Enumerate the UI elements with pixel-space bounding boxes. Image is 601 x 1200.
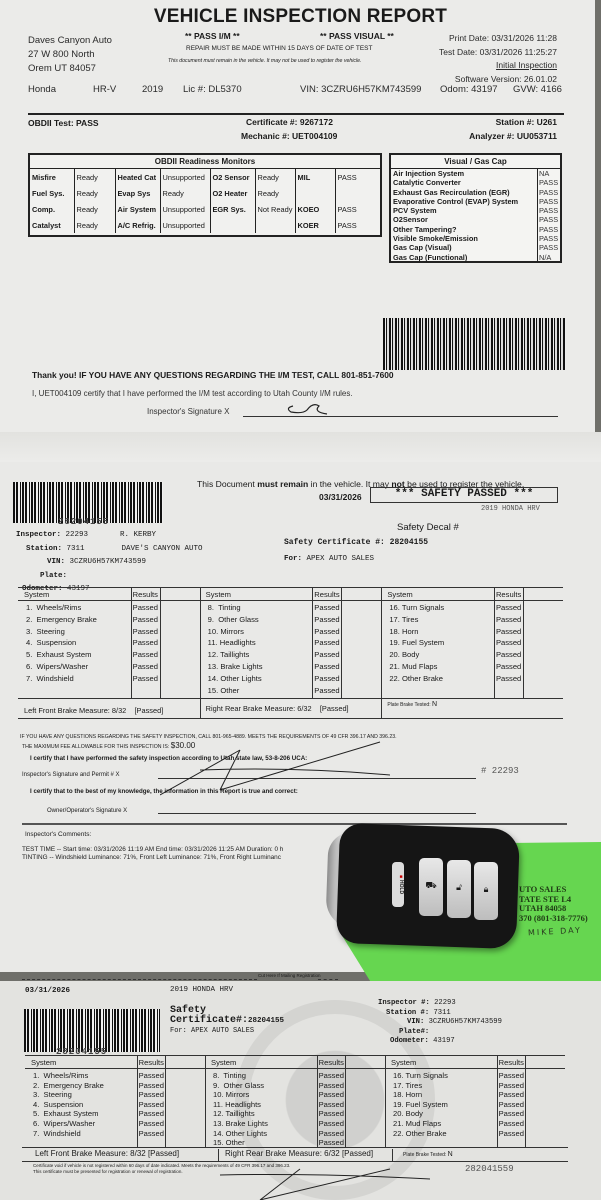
obd-monitor-status: Unsupported: [160, 201, 210, 217]
obd-monitor-name: [210, 217, 255, 233]
stub-systems-table: SystemResults1. Wheels/RimsPassed2. Emer…: [25, 1055, 565, 1148]
visual-check-result: N/A: [537, 253, 560, 262]
safety-passed-status: *** SAFETY PASSED ***: [370, 487, 558, 503]
visual-check-result: PASS: [537, 215, 560, 224]
stub-date: 03/31/2026: [25, 987, 70, 995]
obd-monitor-status: Unsupported: [160, 217, 210, 233]
for-label: For:: [284, 555, 302, 563]
obd-monitor-status: Ready: [74, 217, 115, 233]
repair-notice: REPAIR MUST BE MADE WITHIN 15 DAYS OF DA…: [186, 45, 372, 52]
divider: [218, 1149, 219, 1161]
plate-brake-label: Plate Brake Tested:: [387, 702, 430, 708]
system-result: Passed: [499, 1071, 524, 1080]
obdii-test-result: OBDII Test: PASS: [28, 118, 99, 128]
system-item: 20. Body: [389, 650, 419, 659]
stub-right-rear-brake: Right Rear Brake Measure: 6/32 [Passed]: [225, 1149, 373, 1158]
left-front-brake-measure: Left Front Brake Measure: 8/32 [Passed]: [24, 706, 163, 715]
obd-monitor-status: Not Ready: [255, 201, 295, 217]
im-certify-statement: I, UET004109 certify that I have perform…: [32, 389, 353, 398]
visual-check-row: Catalytic ConverterPASS: [391, 178, 560, 187]
system-result: Passed: [319, 1138, 344, 1147]
divider: [131, 587, 132, 698]
inspector-signature-permit-label: Inspector's Signature and Permit # X: [22, 772, 120, 778]
obdii-monitors-table: MisfireReadyHeated CatUnsupportedO2 Sens…: [30, 169, 380, 233]
system-result: Passed: [314, 662, 339, 671]
divider: [341, 587, 342, 698]
safety-decal-label: Safety Decal #: [397, 522, 459, 533]
obd-monitor-name: Fuel Sys.: [30, 185, 74, 201]
signature-scribble-icon: [200, 1165, 430, 1200]
visual-check-result: NA: [537, 169, 560, 178]
vehicle-gvw: GVW: 4166: [513, 84, 562, 95]
system-item: 4. Suspension: [33, 1100, 83, 1109]
plate-brake-tested: Plate Brake Tested: N: [387, 701, 437, 708]
system-result: Passed: [133, 674, 158, 683]
column-header-results: Results: [133, 590, 158, 599]
system-item: 6. Wipers/Washer: [26, 662, 88, 671]
key-fob-trunk-button: ⛟: [419, 858, 443, 916]
visual-check-result: PASS: [537, 243, 560, 252]
column-header-system: System: [211, 1058, 236, 1067]
inspection-type: Initial Inspection: [439, 59, 557, 73]
system-item: 20. Body: [393, 1109, 423, 1118]
system-item: 17. Tires: [389, 615, 418, 624]
safety-certificate: Safety Certificate #: 28204155: [284, 538, 428, 547]
obd-monitor-status: [335, 185, 380, 201]
right-rear-brake-measure: Right Rear Brake Measure: 6/32 [Passed]: [206, 704, 349, 713]
system-result: Passed: [496, 638, 521, 647]
obd-monitor-name: KOEO: [295, 201, 335, 217]
system-result: Passed: [314, 615, 339, 624]
inspector-label: Inspector:: [16, 531, 61, 539]
system-item: 16. Turn Signals: [389, 603, 444, 612]
system-result: Passed: [139, 1129, 164, 1138]
system-item: 13. Brake Lights: [213, 1119, 268, 1128]
divider: [18, 718, 563, 719]
divider: [497, 1055, 498, 1147]
owner-certify-statement: I certify that to the best of my knowled…: [30, 788, 298, 795]
system-result: Passed: [314, 674, 339, 683]
obd-monitor-name: KOER: [295, 217, 335, 233]
plate-brake-value: N: [448, 1151, 453, 1158]
visual-check-result: PASS: [537, 225, 560, 234]
visual-check-row: Gas Cap (Functional)N/A: [391, 253, 560, 262]
obd-monitor-name: O2 Heater: [210, 185, 255, 201]
system-item: 14. Other Lights: [208, 674, 262, 683]
for-value: APEX AUTO SALES: [307, 555, 375, 563]
obd-monitor-status: Unsupported: [160, 169, 210, 185]
divider: [160, 587, 161, 698]
system-item: 15. Other: [213, 1138, 245, 1147]
column-header-results: Results: [319, 1058, 344, 1067]
stub-left-front-brake: Left Front Brake Measure: 8/32 [Passed]: [35, 1149, 179, 1158]
system-item: 19. Fuel System: [393, 1100, 448, 1109]
system-item: 8. Tinting: [213, 1071, 246, 1080]
divider: [28, 113, 564, 115]
system-item: 4. Suspension: [26, 638, 76, 647]
system-result: Passed: [314, 650, 339, 659]
mechanic-number: Mechanic #: UET004109: [241, 131, 337, 141]
stub-vin-label: VIN:: [407, 1018, 424, 1026]
obd-monitor-status: Ready: [255, 169, 295, 185]
system-result: Passed: [314, 686, 339, 695]
vehicle-inspection-report: VEHICLE INSPECTION REPORT Daves Canyon A…: [0, 0, 595, 432]
visual-check-name: Exhaust Gas Recirculation (EGR): [391, 188, 537, 197]
cut-line: [318, 979, 338, 980]
system-item: 22. Other Brake: [389, 674, 443, 683]
obd-monitor-status: Ready: [74, 185, 115, 201]
system-item: 12. Taillights: [208, 650, 250, 659]
visual-check-name: Catalytic Converter: [391, 178, 537, 187]
remain-notice: This document must remain in the vehicle…: [168, 58, 361, 64]
system-result: Passed: [496, 674, 521, 683]
system-result: Passed: [133, 650, 158, 659]
system-result: Passed: [319, 1071, 344, 1080]
stub-inspector-label: Inspector #:: [378, 999, 430, 1007]
divider: [494, 587, 495, 698]
vehicle-odometer: Odom: 43197: [440, 84, 498, 95]
divider: [317, 1055, 318, 1147]
cut-line: [22, 979, 257, 980]
divider: [525, 1055, 526, 1147]
safety-for: For: APEX AUTO SALES: [284, 555, 374, 563]
trunk-icon: ⛟: [419, 880, 443, 892]
system-result: Passed: [499, 1129, 524, 1138]
max-fee-label: THE MAXIMUM FEE ALLOWABLE FOR THIS INSPE…: [22, 744, 169, 750]
column-header-system: System: [391, 1058, 416, 1067]
system-item: 19. Fuel System: [389, 638, 444, 647]
system-result: Passed: [133, 627, 158, 636]
vehicle-year: 2019: [142, 84, 163, 95]
obd-monitor-name: A/C Refrig.: [115, 217, 160, 233]
obd-monitor-name: [295, 185, 335, 201]
obd-row: CatalystReadyA/C Refrig.UnsupportedKOERP…: [30, 217, 380, 233]
system-result: Passed: [139, 1109, 164, 1118]
divider: [165, 1055, 166, 1147]
system-item: 10. Mirrors: [213, 1090, 249, 1099]
column-header-results: Results: [314, 590, 339, 599]
safety-vehicle: 2019 HONDA HRV: [481, 505, 540, 513]
owner-signature-line[interactable]: [158, 806, 476, 814]
stub-vin: 3CZRU6H57KM743599: [429, 1018, 502, 1026]
obdii-monitors-title: OBDII Readiness Monitors: [30, 155, 380, 169]
plate-brake-value: N: [432, 701, 437, 708]
visual-check-result: PASS: [537, 234, 560, 243]
obd-monitor-name: EGR Sys.: [210, 201, 255, 217]
key-fob-lock-button: 🔒︎: [474, 862, 498, 920]
obd-row: Comp.ReadyAir SystemUnsupportedEGR Sys.N…: [30, 201, 380, 217]
system-result: Passed: [499, 1090, 524, 1099]
stub-certificate: Safety Certificate#:28204155: [170, 1006, 284, 1026]
system-item: 17. Tires: [393, 1081, 422, 1090]
system-result: Passed: [139, 1100, 164, 1109]
obd-monitor-status: PASS: [335, 217, 380, 233]
safety-systems-table: SystemResults1. Wheels/RimsPassed2. Emer…: [18, 587, 563, 705]
obdii-readiness-monitors: OBDII Readiness Monitors MisfireReadyHea…: [28, 153, 382, 237]
system-result: Passed: [496, 615, 521, 624]
im-certificate-number: Certificate #: 9267172: [246, 117, 333, 127]
obd-monitor-name: Air System: [115, 201, 160, 217]
system-result: Passed: [139, 1081, 164, 1090]
vehicle-vin: VIN: 3CZRU6H57KM743599: [300, 84, 421, 95]
system-result: Passed: [319, 1119, 344, 1128]
stub-for: For: APEX AUTO SALES: [170, 1027, 254, 1035]
system-item: 5. Exhaust System: [26, 650, 91, 659]
cut-here-label: Cut Here If Mailing Registration: [258, 973, 321, 978]
column-header-results: Results: [499, 1058, 524, 1067]
divider: [18, 698, 563, 699]
system-item: 12. Taillights: [213, 1109, 255, 1118]
system-item: 2. Emergency Brake: [33, 1081, 104, 1090]
system-item: 18. Horn: [393, 1090, 422, 1099]
key-fob-panic-button: ■HOLD: [392, 862, 404, 907]
inspector-signature-label: Inspector's Signature X: [147, 407, 229, 416]
visual-check-name: Gas Cap (Functional): [391, 253, 537, 262]
notice-part: This Document: [197, 479, 257, 489]
analyzer-number: Analyzer #: UU053711: [469, 131, 557, 141]
system-result: Passed: [499, 1100, 524, 1109]
obd-monitor-name: Evap Sys: [115, 185, 160, 201]
vehicle-license: Lic #: DL5370: [183, 84, 242, 95]
column-header-system: System: [31, 1058, 56, 1067]
obd-monitor-name: Catalyst: [30, 217, 74, 233]
obd-monitor-status: [255, 217, 295, 233]
obd-row: MisfireReadyHeated CatUnsupportedO2 Sens…: [30, 169, 380, 185]
stub-odometer: 43197: [433, 1037, 455, 1045]
report-title: VEHICLE INSPECTION REPORT: [0, 6, 601, 28]
comment-test-time: TEST TIME -- Start time: 03/31/2026 11:1…: [22, 846, 342, 854]
system-result: Passed: [314, 627, 339, 636]
divider: [137, 1055, 138, 1147]
system-item: 8. Tinting: [208, 603, 241, 612]
paper-shadow: [0, 432, 601, 462]
stub-details: Inspector #: 22293 Station #: 7311 VIN: …: [374, 999, 502, 1047]
vin-value: 3CZRU6H57KM743599: [70, 558, 147, 566]
system-item: 10. Mirrors: [208, 627, 244, 636]
inspector-number: 22293: [66, 531, 89, 539]
vin-label: VIN:: [47, 558, 65, 566]
divider: [25, 1055, 565, 1056]
station-label: Station:: [26, 545, 62, 553]
panic-label: HOLD: [398, 880, 404, 894]
pass-im: ** PASS I/M **: [185, 31, 240, 41]
divider: [205, 1055, 206, 1147]
lock-icon: 🔒︎: [474, 884, 498, 895]
system-item: 18. Horn: [389, 627, 418, 636]
system-item: 5. Exhaust System: [33, 1109, 98, 1118]
divider: [18, 587, 563, 588]
system-item: 21. Mud Flaps: [389, 662, 437, 671]
shop-address-line2: Orem UT 84057: [28, 62, 112, 76]
shop-address-line1: 27 W 800 North: [28, 48, 112, 62]
system-result: Passed: [133, 603, 158, 612]
station-number: Station #: U261: [496, 117, 557, 127]
system-result: Passed: [319, 1100, 344, 1109]
system-result: Passed: [319, 1109, 344, 1118]
obd-row: Fuel Sys.ReadyEvap SysReadyO2 HeaterRead…: [30, 185, 380, 201]
print-date: Print Date: 03/31/2026 11:28: [439, 32, 557, 46]
sticker-line: 370 (801-318-7776): [519, 914, 588, 924]
stub-plate-brake: Plate Brake Tested: N: [403, 1151, 453, 1158]
system-result: Passed: [139, 1071, 164, 1080]
inspector-name: R. KERBY: [120, 531, 156, 539]
divider: [523, 587, 524, 698]
stub-barcode: [24, 1009, 160, 1052]
system-result: Passed: [499, 1119, 524, 1128]
pass-visual: ** PASS VISUAL **: [320, 31, 394, 41]
system-result: Passed: [499, 1081, 524, 1090]
visual-check-row: Air Injection SystemNA: [391, 169, 560, 178]
divider: [392, 1149, 393, 1161]
test-date: Test Date: 03/31/2026 11:25:27: [439, 46, 557, 60]
visual-check-row: O2SensorPASS: [391, 215, 560, 224]
visual-check-result: PASS: [537, 178, 560, 187]
notice-emphasis: must remain: [257, 479, 308, 489]
system-item: 15. Other: [208, 686, 240, 695]
system-item: 7. Windshield: [33, 1129, 81, 1138]
visual-check-row: Exhaust Gas Recirculation (EGR)PASS: [391, 188, 560, 197]
visual-check-name: Other Tampering?: [391, 225, 537, 234]
unlock-icon: 🔓︎: [447, 882, 471, 893]
divider: [22, 823, 567, 825]
system-result: Passed: [319, 1081, 344, 1090]
system-item: 6. Wipers/Washer: [33, 1119, 95, 1128]
system-result: Passed: [133, 615, 158, 624]
column-header-system: System: [24, 590, 49, 599]
obd-monitor-status: Ready: [160, 185, 210, 201]
divider: [25, 1068, 565, 1069]
obd-monitor-status: Ready: [74, 169, 115, 185]
column-header-system: System: [387, 590, 412, 599]
signature-scribble-icon: [283, 398, 353, 418]
stub-certificate-number: 28204155: [248, 1017, 284, 1025]
certificate-number: 28204155: [390, 538, 428, 547]
obd-monitor-status: Ready: [74, 201, 115, 217]
plate-brake-label: Plate Brake Tested:: [403, 1152, 446, 1158]
inspector-comments-label: Inspector's Comments:: [25, 831, 91, 838]
system-item: 9. Other Glass: [208, 615, 259, 624]
visual-check-row: Gas Cap (Visual)PASS: [391, 243, 560, 252]
obd-monitor-status: Ready: [255, 185, 295, 201]
visual-check-name: Visible Smoke/Emission: [391, 234, 537, 243]
stub-station: 7311: [433, 1009, 450, 1017]
stub-plate-label: Plate#:: [399, 1028, 429, 1036]
system-item: 14. Other Lights: [213, 1129, 267, 1138]
obd-monitor-name: Comp.: [30, 201, 74, 217]
system-item: 1. Wheels/Rims: [26, 603, 81, 612]
stub-vehicle: 2019 HONDA HRV: [170, 986, 233, 994]
visual-gas-cap-list: Air Injection SystemNACatalytic Converte…: [391, 169, 560, 262]
shop-address: Daves Canyon Auto 27 W 800 North Orem UT…: [28, 34, 112, 76]
system-item: 9. Other Glass: [213, 1081, 264, 1090]
column-header-results: Results: [139, 1058, 164, 1067]
system-result: Passed: [139, 1090, 164, 1099]
obd-monitor-name: Heated Cat: [115, 169, 160, 185]
plate-label: Plate:: [40, 572, 67, 580]
visual-check-name: Gas Cap (Visual): [391, 243, 537, 252]
obd-monitor-status: PASS: [335, 201, 380, 217]
divider: [385, 1055, 386, 1147]
owner-signature-label: Owner/Operator's Signature X: [47, 808, 127, 814]
obd-monitor-status: PASS: [335, 169, 380, 185]
system-item: 3. Steering: [26, 627, 65, 636]
stub-serial-number: 282041559: [465, 1164, 514, 1174]
system-item: 7. Windshield: [26, 674, 74, 683]
divider: [18, 600, 563, 601]
system-item: 3. Steering: [33, 1090, 72, 1099]
visual-check-row: PCV SystemPASS: [391, 206, 560, 215]
visual-check-result: PASS: [537, 188, 560, 197]
system-result: Passed: [133, 662, 158, 671]
obd-monitor-name: MIL: [295, 169, 335, 185]
visual-gas-cap: Visual / Gas Cap Air Injection SystemNAC…: [389, 153, 562, 263]
system-item: 21. Mud Flaps: [393, 1119, 441, 1128]
system-result: Passed: [133, 638, 158, 647]
system-item: 22. Other Brake: [393, 1129, 447, 1138]
stub-title-line2: Certificate#:: [170, 1015, 248, 1026]
certificate-label: Safety Certificate #:: [284, 538, 385, 547]
key-fob-unlock-button: 🔓︎: [447, 860, 471, 918]
system-item: 16. Turn Signals: [393, 1071, 448, 1080]
divider: [22, 1147, 568, 1148]
system-result: Passed: [496, 627, 521, 636]
station-number: 7311: [67, 545, 85, 553]
system-result: Passed: [319, 1090, 344, 1099]
visual-check-result: PASS: [537, 197, 560, 206]
safety-barcode-number: 28204155: [58, 517, 109, 527]
safety-date: 03/31/2026: [319, 492, 362, 502]
divider: [312, 587, 313, 698]
report-dates: Print Date: 03/31/2026 11:28 Test Date: …: [439, 32, 557, 86]
divider: [22, 1161, 568, 1162]
visual-check-row: Visible Smoke/EmissionPASS: [391, 234, 560, 243]
system-item: 13. Brake Lights: [208, 662, 263, 671]
shop-name: Daves Canyon Auto: [28, 34, 112, 48]
system-result: Passed: [499, 1109, 524, 1118]
stub-inspector: 22293: [434, 999, 456, 1007]
dealer-sticker-text: UTO SALES TATE STE L4 UTAH 84058 370 (80…: [519, 885, 588, 923]
visual-check-result: PASS: [537, 206, 560, 215]
system-result: Passed: [496, 603, 521, 612]
vehicle-make: Honda: [28, 84, 56, 95]
im-questions-notice: Thank you! IF YOU HAVE ANY QUESTIONS REG…: [32, 370, 394, 380]
column-header-results: Results: [496, 590, 521, 599]
system-result: Passed: [496, 650, 521, 659]
system-result: Passed: [139, 1119, 164, 1128]
divider: [345, 1055, 346, 1147]
system-item: 11. Headlights: [208, 638, 256, 647]
system-result: Passed: [496, 662, 521, 671]
column-header-system: System: [206, 590, 231, 599]
visual-check-name: PCV System: [391, 206, 537, 215]
comment-tinting: TINTING -- Windshield Luminance: 71%, Fr…: [22, 854, 342, 862]
station-name: DAVE'S CANYON AUTO: [122, 545, 203, 553]
system-result: Passed: [319, 1129, 344, 1138]
permit-number: # 22293: [481, 766, 519, 776]
system-result: Passed: [314, 603, 339, 612]
visual-check-name: Air Injection System: [391, 169, 537, 178]
system-item: 1. Wheels/Rims: [33, 1071, 88, 1080]
visual-check-name: Evaporative Control (EVAP) System: [391, 197, 537, 206]
stub-odometer-label: Odometer:: [390, 1037, 429, 1045]
pdf417-barcode: [383, 318, 566, 370]
obd-monitor-name: Misfire: [30, 169, 74, 185]
stub-station-label: Station #:: [386, 1009, 429, 1017]
visual-check-row: Evaporative Control (EVAP) SystemPASS: [391, 197, 560, 206]
obd-monitor-name: O2 Sensor: [210, 169, 255, 185]
visual-check-name: O2Sensor: [391, 215, 537, 224]
inspector-comments: TEST TIME -- Start time: 03/31/2026 11:1…: [22, 846, 342, 862]
